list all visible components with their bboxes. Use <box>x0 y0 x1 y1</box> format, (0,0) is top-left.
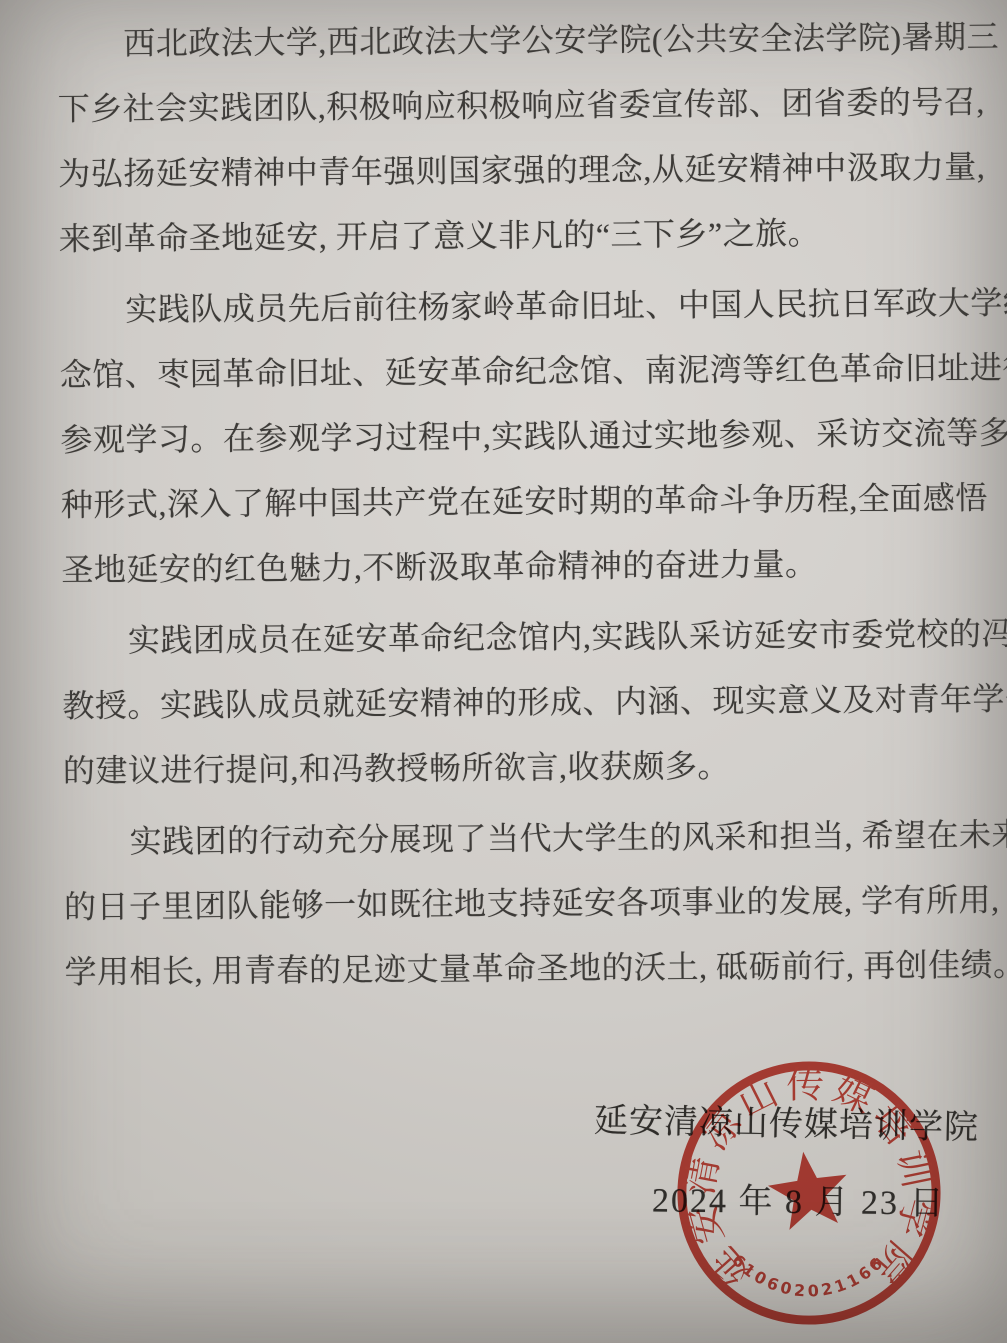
letter-body: 西北政法大学,西北政法大学公安学院(公共安全法学院)暑期三 下乡社会实践团队,积… <box>57 5 965 1005</box>
text-line: 实践团成员在延安革命纪念馆内,实践队采访延安市委党校的冯 <box>62 602 962 674</box>
star-icon <box>764 1146 853 1232</box>
paragraph-3: 实践团成员在延安革命纪念馆内,实践队采访延安市委党校的冯 教授。实践队成员就延安… <box>62 602 964 804</box>
text-line: 为弘扬延安精神中青年强则国家强的理念,从延安精神中汲取力量, <box>58 135 958 207</box>
paragraph-4: 实践团的行动充分展现了当代大学生的风采和担当, 希望在未来 的日子里团队能够一如… <box>63 803 965 1005</box>
text-line: 圣地延安的红色魅力,不断汲取革命精神的奋进力量。 <box>61 531 961 603</box>
text-line: 西北政法大学,西北政法大学公安学院(公共安全法学院)暑期三 <box>57 5 957 77</box>
text-line: 来到革命圣地延安, 开启了意义非凡的“三下乡”之旅。 <box>59 200 959 272</box>
text-line: 的日子里团队能够一如既往地支持延安各项事业的发展, 学有所用, <box>64 868 964 940</box>
text-line: 下乡社会实践团队,积极响应积极响应省委宣传部、团省委的号召, <box>58 70 958 142</box>
text-line: 参观学习。在参观学习过程中,实践队通过实地参观、采访交流等多 <box>60 401 960 473</box>
text-line: 的建议进行提问,和冯教授畅所欲言,收获颇多。 <box>63 732 963 804</box>
text-line: 实践团的行动充分展现了当代大学生的风采和担当, 希望在未来 <box>63 803 963 875</box>
document-photo: 西北政法大学,西北政法大学公安学院(公共安全法学院)暑期三 下乡社会实践团队,积… <box>0 0 1007 1343</box>
paragraph-2: 实践队成员先后前往杨家岭革命旧址、中国人民抗日军政大学纪 念馆、枣园革命旧址、延… <box>59 271 962 603</box>
official-seal: 延安清凉山传媒培训学院 6106020211665 <box>670 1054 948 1332</box>
text-line: 种形式,深入了解中国共产党在延安时期的革命斗争历程,全面感悟 <box>61 466 961 538</box>
text-line: 实践队成员先后前往杨家岭革命旧址、中国人民抗日军政大学纪 <box>59 271 959 343</box>
text-line: 教授。实践队成员就延安精神的形成、内涵、现实意义及对青年学子 <box>62 667 962 739</box>
paragraph-1: 西北政法大学,西北政法大学公安学院(公共安全法学院)暑期三 下乡社会实践团队,积… <box>57 5 959 272</box>
text-line: 学用相长, 用青春的足迹丈量革命圣地的沃土, 砥砺前行, 再创佳绩。 <box>64 933 964 1005</box>
text-line: 念馆、枣园革命旧址、延安革命纪念馆、南泥湾等红色革命旧址进行 <box>60 336 960 408</box>
